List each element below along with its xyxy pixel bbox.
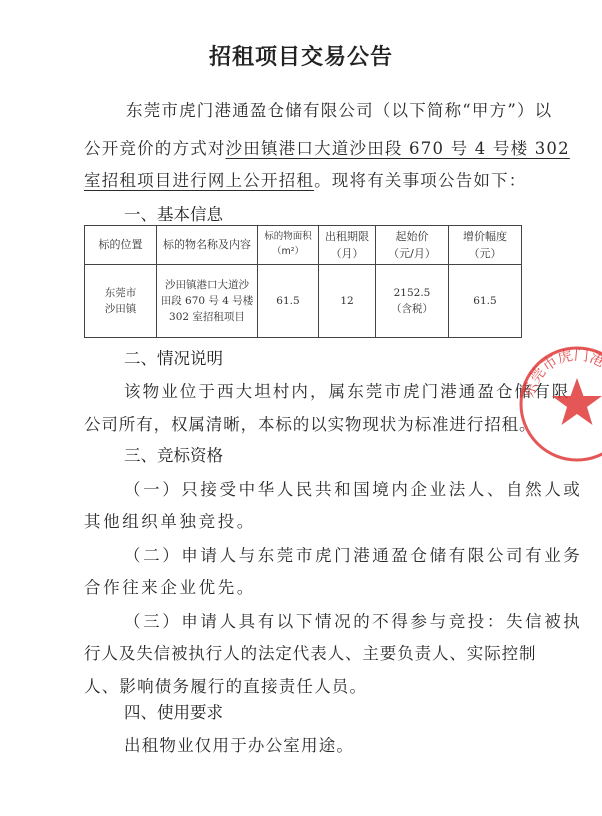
header-text: 标的物名称及内容 <box>163 238 251 251</box>
cell-text: （含税） <box>376 301 448 317</box>
section-heading-basic-info: 一、基本信息 <box>124 201 223 225</box>
table-header-cell: 标的位置 <box>85 226 157 265</box>
table-header-cell: 标的物名称及内容 <box>157 226 258 265</box>
table-header-row: 标的位置 标的物名称及内容 标的物面积 （m²） 出租期限 （月） 起始价 （元… <box>85 226 522 265</box>
qualification-line: 人、影响债务履行的直接责任人员。 <box>84 673 367 697</box>
description-line: 公司所有，权属清晰，本标的以实物现状为标准进行招租。 <box>84 411 536 435</box>
company-seal-stamp-icon: 东莞市虎门港通盈仓储 <box>517 344 602 464</box>
header-unit: （m²） <box>258 245 318 260</box>
table-header-cell: 出租期限 （月） <box>319 226 376 265</box>
qualification-line: 合作往来企业优先。 <box>84 574 256 598</box>
qualification-line: 行人及失信被执行人的法定代表人、主要负责人、实际控制 <box>84 640 536 664</box>
cell-text: 沙田镇港口大道沙 <box>157 277 257 293</box>
table-row: 东莞市 沙田镇 沙田镇港口大道沙 田段 670 号 4 号楼 302 室招租项目… <box>85 265 522 338</box>
cell-text: 302 室招租项目 <box>157 309 257 325</box>
intro-line-2: 公开竞价的方式对沙田镇港口大道沙田段 670 号 4 号楼 302 <box>84 135 570 159</box>
cell-term: 12 <box>319 265 376 338</box>
section-heading-description: 二、情况说明 <box>124 345 223 369</box>
seal-text: 东莞市虎门港通盈仓储 <box>519 346 602 425</box>
cell-increment: 61.5 <box>449 265 522 338</box>
intro-text: 东莞市虎门港通盈仓储有限公司（以下简称“甲方”）以 <box>126 101 552 120</box>
intro-line-1: 东莞市虎门港通盈仓储有限公司（以下简称“甲方”）以 <box>126 97 552 121</box>
cell-area: 61.5 <box>258 265 319 338</box>
intro-text: 公开竞价的方式对 <box>84 139 226 158</box>
basic-info-table: 标的位置 标的物名称及内容 标的物面积 （m²） 出租期限 （月） 起始价 （元… <box>84 225 522 338</box>
cell-text: 2152.5 <box>376 285 448 301</box>
header-text: 标的位置 <box>99 238 143 251</box>
cell-text: 田段 670 号 4 号楼 <box>157 293 257 309</box>
header-text: 起始价 <box>376 228 448 245</box>
header-text: 增价幅度 <box>449 228 521 245</box>
cell-text: 东莞市 <box>85 285 156 301</box>
cell-text: 沙田镇 <box>85 301 156 317</box>
description-line: 该物业位于西大坦村内，属东莞市虎门港通盈仓储有限 <box>124 378 570 402</box>
svg-text:东莞市虎门港通盈仓储: 东莞市虎门港通盈仓储 <box>519 346 602 425</box>
cell-start-price: 2152.5 （含税） <box>376 265 449 338</box>
property-address-underlined: 沙田镇港口大道沙田段 670 号 4 号楼 302 <box>226 139 570 158</box>
header-unit: （月） <box>319 245 375 262</box>
cell-location: 东莞市 沙田镇 <box>85 265 157 338</box>
header-text: 出租期限 <box>319 228 375 245</box>
cell-name: 沙田镇港口大道沙 田段 670 号 4 号楼 302 室招租项目 <box>157 265 258 338</box>
table-header-cell: 增价幅度 （元） <box>449 226 522 265</box>
intro-line-3: 室招租项目进行网上公开招租。现将有关事项公告如下： <box>84 167 527 191</box>
qualification-line: （二）申请人与东莞市虎门港通盈仓储有限公司有业务 <box>124 542 582 566</box>
intro-text: 。现将有关事项公告如下： <box>314 171 526 190</box>
usage-line: 出租物业仅用于办公室用途。 <box>124 732 354 756</box>
section-heading-usage: 四、使用要求 <box>124 699 223 723</box>
project-name-underlined: 室招租项目进行网上公开招租 <box>84 171 314 190</box>
header-text: 标的物面积 <box>258 230 318 245</box>
qualification-line: （一）只接受中华人民共和国境内企业法人、自然人或 <box>124 476 582 500</box>
section-heading-qualifications: 三、竞标资格 <box>124 442 223 466</box>
table-header-cell: 标的物面积 （m²） <box>258 226 319 265</box>
qualification-line: （三）申请人具有以下情况的不得参与竞投：失信被执 <box>124 608 582 632</box>
table-header-cell: 起始价 （元/月） <box>376 226 449 265</box>
page-title: 招租项目交易公告 <box>0 40 602 71</box>
qualification-line: 其他组织单独竞投。 <box>84 508 256 532</box>
header-unit: （元/月） <box>376 245 448 262</box>
header-unit: （元） <box>449 245 521 262</box>
